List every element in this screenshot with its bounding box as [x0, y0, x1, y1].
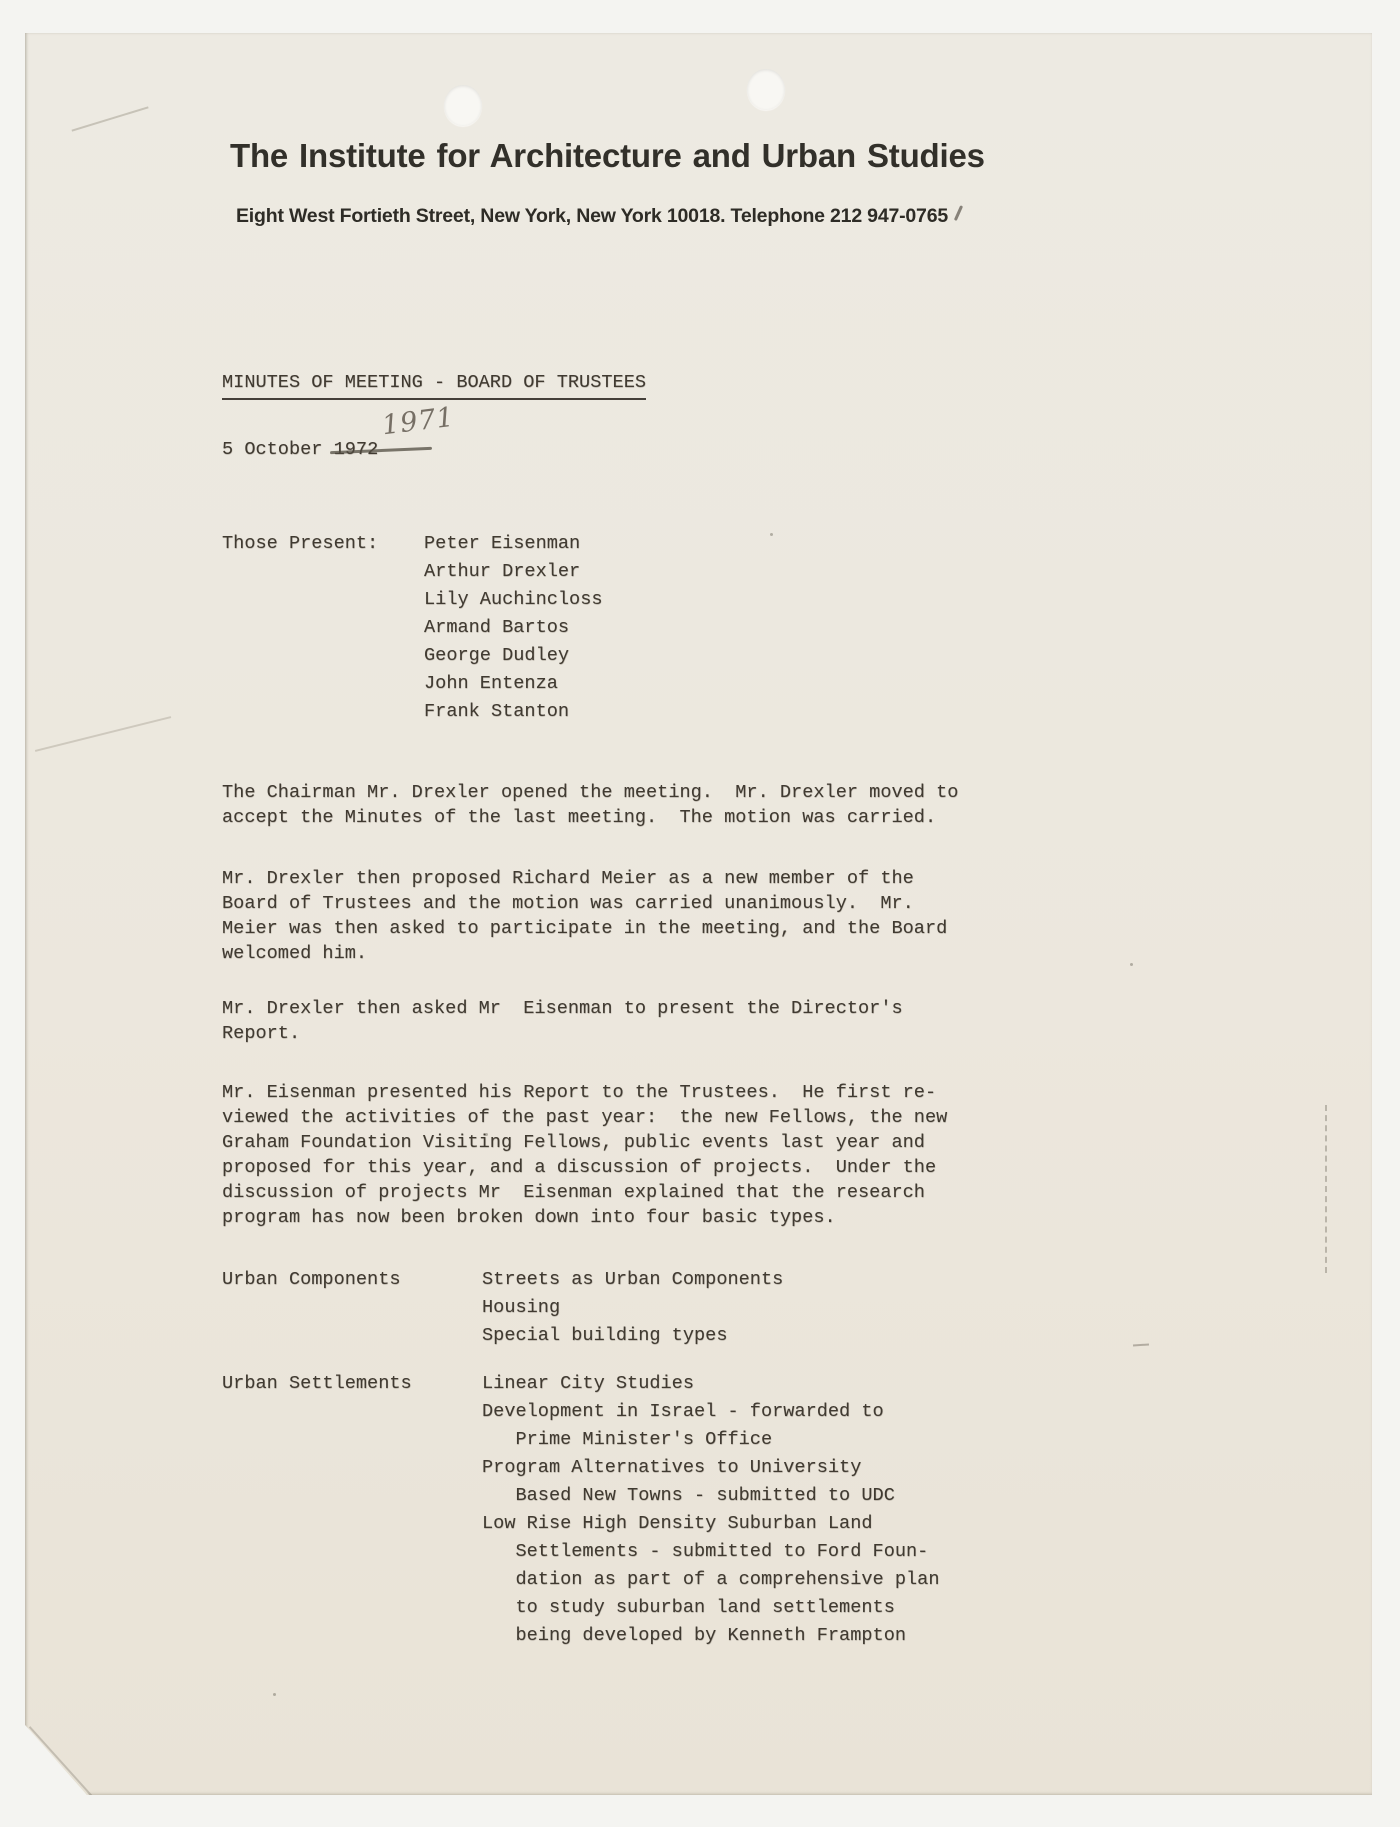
project-items-urban-settlements: Linear City Studies Development in Israe… — [482, 1370, 939, 1650]
fold-crease-line — [29, 1726, 97, 1802]
scan-artifact-scratch — [72, 106, 149, 131]
scan-artifact-scratch — [35, 716, 171, 751]
attendees-list: Peter Eisenman Arthur Drexler Lily Auchi… — [424, 530, 603, 726]
document-title: MINUTES OF MEETING - BOARD OF TRUSTEES — [222, 370, 646, 400]
project-category-urban-components: Urban Components — [222, 1266, 401, 1294]
paragraph-minutes-accepted: The Chairman Mr. Drexler opened the meet… — [222, 780, 958, 830]
struck-typed-year: 1972 — [334, 437, 379, 462]
date-prefix: 5 October — [222, 439, 334, 460]
scan-artifact-dashed-line — [1325, 1105, 1327, 1273]
project-category-urban-settlements: Urban Settlements — [222, 1370, 412, 1398]
handwritten-year-correction: 1971 — [381, 405, 456, 439]
punch-hole-right — [747, 69, 785, 110]
scan-artifact-speck — [273, 1693, 276, 1696]
project-items-urban-components: Streets as Urban Components Housing Spec… — [482, 1266, 783, 1350]
scan-artifact-speck — [1130, 963, 1133, 966]
attendees-label: Those Present: — [222, 530, 378, 558]
document-page: The Institute for Architecture and Urban… — [25, 33, 1372, 1795]
letterhead-org-name: The Institute for Architecture and Urban… — [230, 137, 985, 175]
scan-artifact-dash — [1133, 1343, 1149, 1346]
scan-background: { "scan": { "background_color": "#f4f4f1… — [0, 0, 1400, 1827]
scan-artifact-speck — [770, 533, 773, 536]
paragraph-meier-proposed: Mr. Drexler then proposed Richard Meier … — [222, 866, 947, 966]
letterhead-address: Eight West Fortieth Street, New York, Ne… — [236, 205, 948, 228]
punch-hole-left — [444, 85, 482, 126]
paragraph-eisenman-report: Mr. Eisenman presented his Report to the… — [222, 1080, 947, 1230]
paragraph-directors-report-request: Mr. Drexler then asked Mr Eisenman to pr… — [222, 996, 903, 1046]
date-line: 5 October 19721971 — [222, 437, 378, 462]
scan-artifact-pen-mark — [954, 205, 963, 221]
